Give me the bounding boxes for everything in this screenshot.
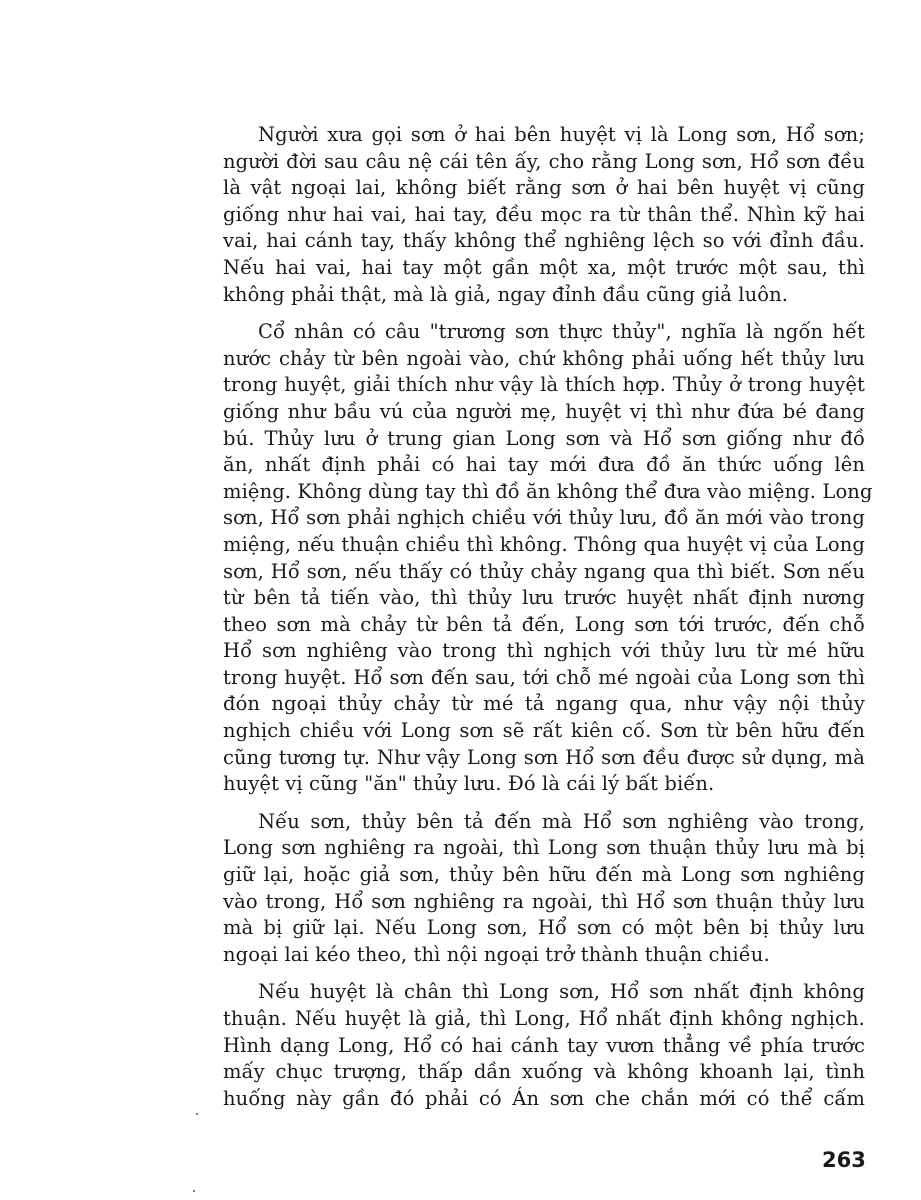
text-line: ngoại lai kéo theo, thì nội ngoại trở th… (223, 942, 865, 969)
text-line: không phải thật, mà là giả, ngay đỉnh đầ… (223, 282, 865, 309)
scan-speck (193, 1190, 195, 1192)
text-line: Nếu hai vai, hai tay một gần một xa, một… (223, 255, 865, 282)
text-line: Long sơn nghiêng ra ngoài, thì Long sơn … (223, 835, 865, 862)
paragraph-4: Nếu huyệt là chân thì Long sơn, Hổ sơn n… (223, 979, 865, 1112)
text-line: bú. Thủy lưu ở trung gian Long sơn và Hổ… (223, 426, 865, 453)
text-line: Cổ nhân có câu "trương sơn thực thủy", n… (223, 319, 865, 346)
text-line: sơn, Hổ sơn, nếu thấy có thủy chảy ngang… (223, 559, 865, 586)
text-line: huyệt vị cũng "ăn" thủy lưu. Đó là cái l… (223, 771, 865, 798)
text-line: ăn, nhất định phải có hai tay mới đưa đồ… (223, 452, 865, 479)
paragraph-3: Nếu sơn, thủy bên tả đến mà Hổ sơn nghiê… (223, 809, 865, 969)
text-line: sơn, Hổ sơn phải nghịch chiều với thủy l… (223, 505, 865, 532)
text-line: từ bên tả tiến vào, thì thủy lưu trước h… (223, 585, 865, 612)
text-line: trong huyệt. Hổ sơn đến sau, tới chỗ mé … (223, 665, 865, 692)
text-line: miệng, nếu thuận chiều thì không. Thông … (223, 532, 865, 559)
text-line: vai, hai cánh tay, thấy không thể nghiên… (223, 228, 865, 255)
text-line: miệng. Không dùng tay thì đồ ăn không th… (223, 479, 865, 506)
text-line: đón ngoại thủy chảy từ mé tả ngang qua, … (223, 691, 865, 718)
text-line: giống như bầu vú của người mẹ, huyệt vị … (223, 399, 865, 426)
text-line: thuận. Nếu huyệt là giả, thì Long, Hổ nh… (223, 1006, 865, 1033)
text-line: là vật ngoại lai, không biết rằng sơn ở … (223, 175, 865, 202)
book-page-body: Người xưa gọi sơn ở hai bên huyệt vị là … (223, 122, 865, 1123)
text-line: theo sơn mà chảy từ bên tả đến, Long sơn… (223, 612, 865, 639)
text-line: vào trong, Hổ sơn nghiêng ra ngoài, thì … (223, 889, 865, 916)
text-line: Nếu huyệt là chân thì Long sơn, Hổ sơn n… (223, 979, 865, 1006)
paragraph-2: Cổ nhân có câu "trương sơn thực thủy", n… (223, 319, 865, 798)
text-line: giống như hai vai, hai tay, đều mọc ra t… (223, 202, 865, 229)
text-line: mà bị giữ lại. Nếu Long sơn, Hổ sơn có m… (223, 915, 865, 942)
text-line: nghịch chiều với Long sơn sẽ rất kiên cố… (223, 718, 865, 745)
text-line: Hình dạng Long, Hổ có hai cánh tay vươn … (223, 1033, 865, 1060)
paragraph-1: Người xưa gọi sơn ở hai bên huyệt vị là … (223, 122, 865, 308)
text-line: Nếu sơn, thủy bên tả đến mà Hổ sơn nghiê… (223, 809, 865, 836)
text-line: huống này gần đó phải có Án sơn che chắn… (223, 1086, 865, 1113)
text-line: Hổ sơn nghiêng vào trong thì nghịch với … (223, 638, 865, 665)
text-line: người đời sau câu nệ cái tên ấy, cho rằn… (223, 149, 865, 176)
text-line: giữ lại, hoặc giả sơn, thủy bên hữu đến … (223, 862, 865, 889)
page-number: 263 (822, 1148, 866, 1172)
scan-speck (196, 1113, 198, 1115)
text-line: nước chảy từ bên ngoài vào, chứ không ph… (223, 346, 865, 373)
text-line: trong huyệt, giải thích như vậy là thích… (223, 372, 865, 399)
text-line: mấy chục trượng, thấp dần xuống và không… (223, 1059, 865, 1086)
text-line: cũng tương tự. Như vậy Long sơn Hổ sơn đ… (223, 745, 865, 772)
text-line: Người xưa gọi sơn ở hai bên huyệt vị là … (223, 122, 865, 149)
